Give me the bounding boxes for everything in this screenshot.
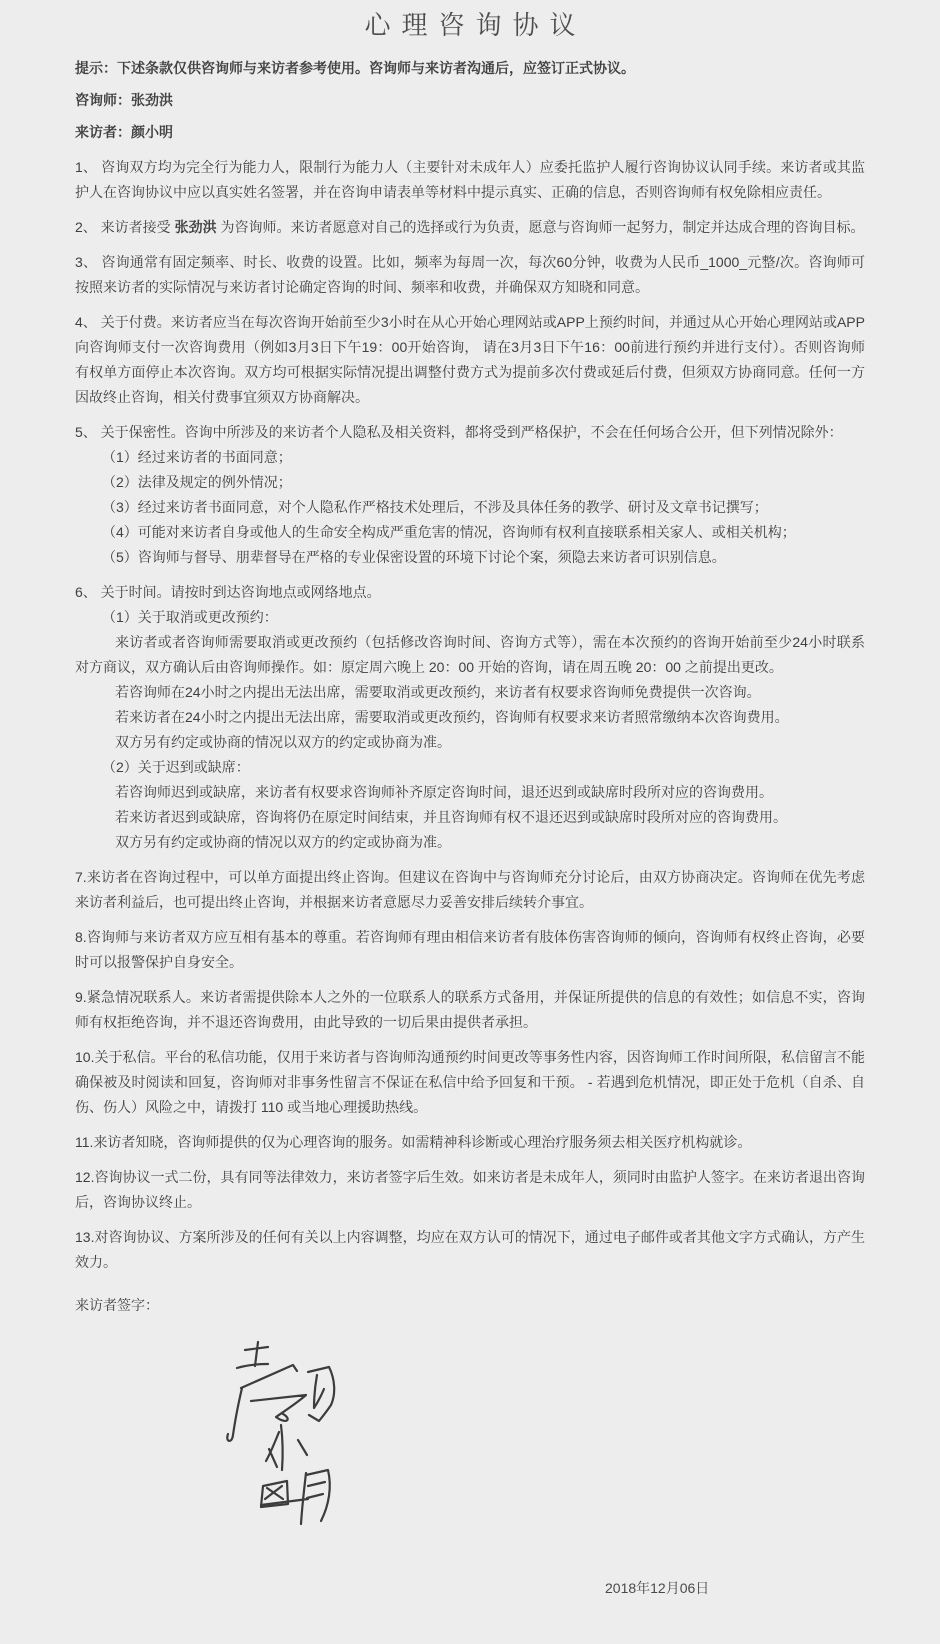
clause-5-item-4: （4）可能对来访者自身或他人的生命安全构成严重危害的情况，咨询师有权利直接联系相… [75,520,865,545]
clause-6: 6、 关于时间。请按时到达咨询地点或网络地点。 （1）关于取消或更改预约： 来访… [75,580,865,855]
clause-6-sub2-title: （2）关于迟到或缺席： [75,755,865,780]
clause-6-sub1-line2: 若来访者在24小时之内提出无法出席，需要取消或更改预约，咨询师有权要求来访者照常… [75,705,865,730]
clause-6-sub1-body: 来访者或者咨询师需要取消或更改预约（包括修改咨询时间、咨询方式等），需在本次预约… [75,630,865,680]
clause-7: 7.来访者在咨询过程中，可以单方面提出终止咨询。但建议在咨询中与咨询师充分讨论后… [75,865,865,915]
clause-5-item-5: （5）咨询师与督导、朋辈督导在严格的专业保密设置的环境下讨论个案，须隐去来访者可… [75,545,865,570]
counselor-line: 咨询师：张劲洪 [75,88,865,113]
clause-3: 3、 咨询通常有固定频率、时长、收费的设置。比如，频率为每周一次，每次60分钟，… [75,250,865,300]
clause-2-pre: 2、 来访者接受 [75,219,175,235]
clause-6-sub1-line3: 双方另有约定或协商的情况以双方的约定或协商为准。 [75,730,865,755]
clause-6-intro: 6、 关于时间。请按时到达咨询地点或网络地点。 [75,580,865,605]
clause-4: 4、 关于付费。来访者应当在每次咨询开始前至少3小时在从心开始心理网站或APP上… [75,310,865,410]
clause-5-item-1: （1）经过来访者的书面同意； [75,445,865,470]
clause-6-sub2-line1: 若咨询师迟到或缺席，来访者有权要求咨询师补齐原定咨询时间，退还迟到或缺席时段所对… [75,780,865,805]
visitor-signature-scribble [195,1328,380,1528]
hint-line: 提示：下述条款仅供咨询师与来访者参考使用。咨询师与来访者沟通后，应签订正式协议。 [75,56,865,81]
clause-2-post: 为咨询师。来访者愿意对自己的选择或行为负责，愿意与咨询师一起努力，制定并达成合理… [217,219,865,235]
clause-5-intro: 5、 关于保密性。咨询中所涉及的来访者个人隐私及相关资料，都将受到严格保护，不会… [75,420,865,445]
clause-6-sub1-title: （1）关于取消或更改预约： [75,605,865,630]
clause-6-sub2-line2: 若来访者迟到或缺席，咨询将仍在原定时间结束，并且咨询师有权不退还迟到或缺席时段所… [75,805,865,830]
document-date: 2018年12月06日 [605,1576,865,1601]
clause-13: 13.对咨询协议、方案所涉及的任何有关以上内容调整，均应在双方认可的情况下，通过… [75,1225,865,1275]
clause-5: 5、 关于保密性。咨询中所涉及的来访者个人隐私及相关资料，都将受到严格保护，不会… [75,420,865,570]
agreement-document: 心理咨询协议 提示：下述条款仅供咨询师与来访者参考使用。咨询师与来访者沟通后，应… [0,0,940,1601]
signature-drawing-icon [195,1328,380,1528]
visitor-line: 来访者：颜小明 [75,120,865,145]
clause-12: 12.咨询协议一式二份，具有同等法律效力，来访者签字后生效。如来访者是未成年人，… [75,1165,865,1215]
clause-8: 8.咨询师与来访者双方应互相有基本的尊重。若咨询师有理由相信来访者有肢体伤害咨询… [75,925,865,975]
clause-2: 2、 来访者接受 张劲洪 为咨询师。来访者愿意对自己的选择或行为负责，愿意与咨询… [75,215,865,240]
clause-10: 10.关于私信。平台的私信功能，仅用于来访者与咨询师沟通预约时间更改等事务性内容… [75,1045,865,1120]
clause-11: 11.来访者知晓，咨询师提供的仅为心理咨询的服务。如需精神科诊断或心理治疗服务须… [75,1130,865,1155]
clause-9: 9.紧急情况联系人。来访者需提供除本人之外的一位联系人的联系方式备用，并保证所提… [75,985,865,1035]
visitor-signature-label: 来访者签字： [75,1293,865,1318]
clause-5-item-2: （2）法律及规定的例外情况； [75,470,865,495]
clause-6-sub1-line1: 若咨询师在24小时之内提出无法出席，需要取消或更改预约，来访者有权要求咨询师免费… [75,680,865,705]
page-title: 心理咨询协议 [75,8,865,42]
clause-6-sub2-line3: 双方另有约定或协商的情况以双方的约定或协商为准。 [75,830,865,855]
counselor-name: 张劲洪 [175,219,217,235]
clause-1: 1、 咨询双方均为完全行为能力人，限制行为能力人（主要针对未成年人）应委托监护人… [75,155,865,205]
clause-5-item-3: （3）经过来访者书面同意，对个人隐私作严格技术处理后，不涉及具体任务的教学、研讨… [75,495,865,520]
